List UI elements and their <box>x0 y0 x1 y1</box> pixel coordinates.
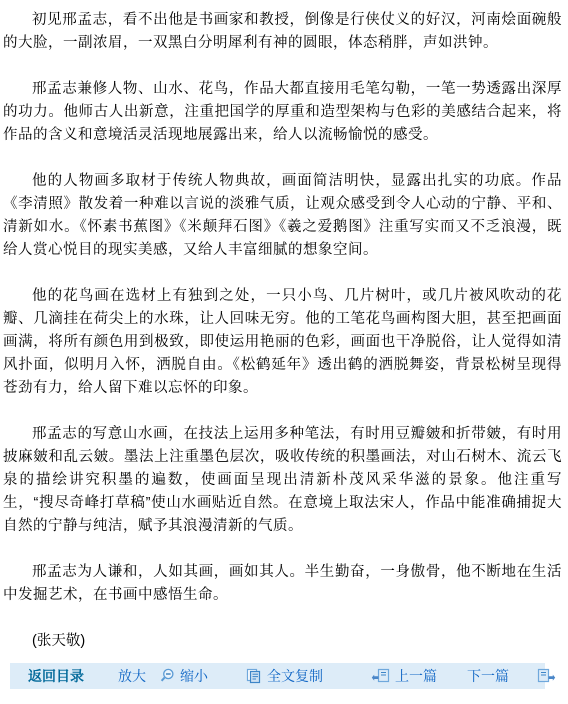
next-article-label: 下一篇 <box>467 666 509 686</box>
page-arrow-right-icon <box>537 668 556 684</box>
reader-toolbar: 返回目录 放大 缩小 全文复制 <box>10 663 545 689</box>
zoom-out-link[interactable]: 缩小 <box>159 666 208 686</box>
reader-page: { "article": { "paragraphs": [ "初见邢孟志，看不… <box>0 0 568 704</box>
previous-article-label: 上一篇 <box>395 666 437 686</box>
paragraph: 他的花鸟画在选材上有独到之处，一只小鸟、几片树叶，或几片被风吹动的花瓣、几滴挂在… <box>3 285 562 400</box>
paragraph: 他的人物画多取材于传统人物典故，画面简洁明快，显露出扎实的功底。作品《李清照》散… <box>3 170 562 262</box>
next-article-link[interactable]: 下一篇 <box>467 666 556 686</box>
back-to-contents-link[interactable]: 返回目录 <box>28 666 84 686</box>
paragraph: 邢孟志兼修人物、山水、花鸟，作品大都直接用毛笔勾勒，一笔一势透露出深厚的功力。他… <box>3 78 562 147</box>
page-arrow-left-icon <box>371 668 390 684</box>
copy-full-text-link[interactable]: 全文复制 <box>246 666 323 686</box>
copy-pages-icon <box>246 668 262 684</box>
paragraph: 邢孟志为人谦和，人如其画，画如其人。半生勤奋，一身傲骨，他不断地在生活中发掘艺术… <box>3 561 562 607</box>
author-signature: (张天敬) <box>3 630 562 653</box>
paragraph: 邢孟志的写意山水画，在技法上运用多种笔法，有时用豆瓣皴和折带皴，有时用披麻皴和乱… <box>3 423 562 538</box>
zoom-in-link[interactable]: 放大 <box>118 666 146 686</box>
copy-full-text-label: 全文复制 <box>267 666 323 686</box>
previous-article-link[interactable]: 上一篇 <box>371 666 437 686</box>
zoom-out-label: 缩小 <box>180 666 208 686</box>
article-body: 初见邢孟志，看不出他是书画家和教授，倒像是行侠仗义的好汉，河南烩面碗般的大脸，一… <box>0 0 568 653</box>
magnifier-minus-icon <box>159 668 175 684</box>
paragraph: 初见邢孟志，看不出他是书画家和教授，倒像是行侠仗义的好汉，河南烩面碗般的大脸，一… <box>3 9 562 55</box>
